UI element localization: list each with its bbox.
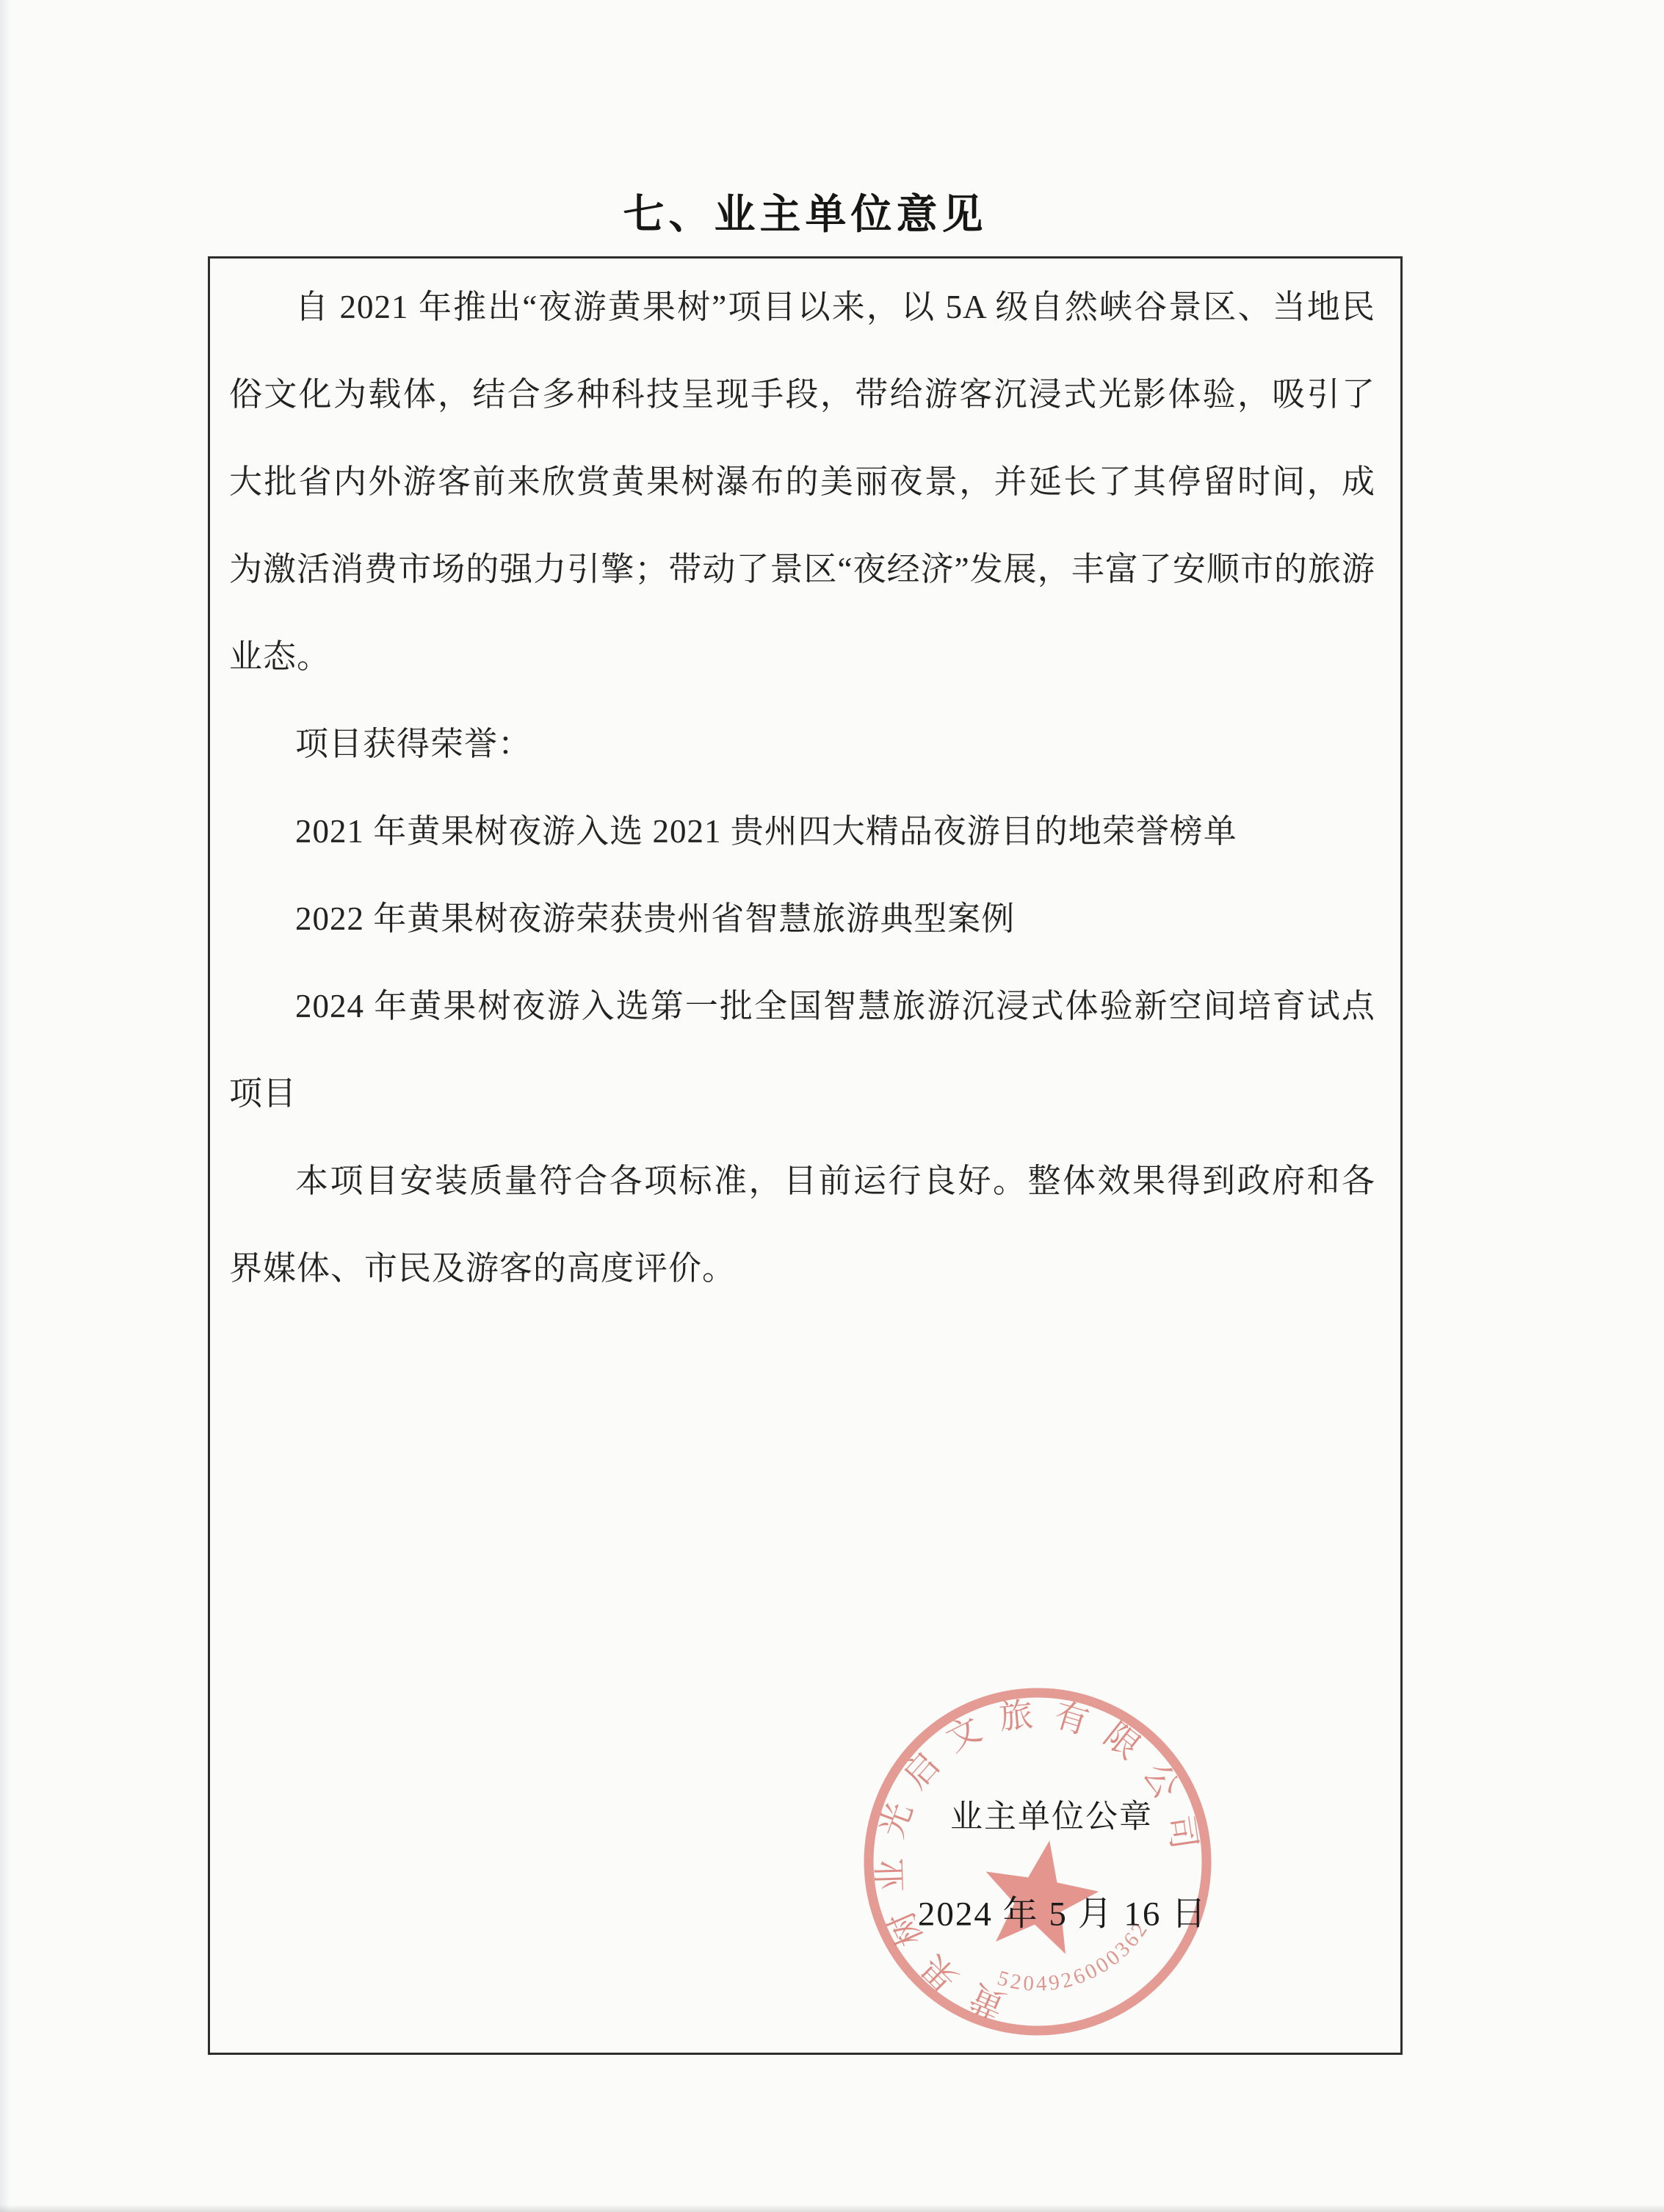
company-seal-stamp: 黄果树业光启文旅有限公司 5204926000362	[842, 1666, 1234, 2058]
scan-edge-artifact	[0, 0, 10, 2212]
stamp-date: 2024 年 5 月 16 日	[918, 1887, 1207, 1936]
paragraph-conclusion: 本项目安装质量符合各项标准，目前运行良好。整体效果得到政府和各界媒体、市民及游客…	[229, 1138, 1375, 1312]
paragraph-honors-heading: 项目获得荣誉：	[229, 701, 1375, 788]
scanned-document-page: 七、业主单位意见 自 2021 年推出“夜游黄果树”项目以来，以 5A 级自然峡…	[0, 0, 1664, 2212]
paragraph-honor-2024: 2024 年黄果树夜游入选第一批全国智慧旅游沉浸式体验新空间培育试点项目	[229, 963, 1375, 1138]
paragraph-honor-2021: 2021 年黄果树夜游入选 2021 贵州四大精品夜游目的地荣誉榜单	[229, 788, 1375, 875]
paragraph-intro: 自 2021 年推出“夜游黄果树”项目以来，以 5A 级自然峡谷景区、当地民俗文…	[229, 264, 1375, 701]
page-title: 七、业主单位意见	[208, 182, 1403, 241]
stamp-caption: 业主单位公章	[950, 1790, 1153, 1837]
paragraph-honor-2022: 2022 年黄果树夜游荣获贵州省智慧旅游典型案例	[229, 875, 1375, 963]
scan-edge-artifact	[0, 2205, 1664, 2212]
